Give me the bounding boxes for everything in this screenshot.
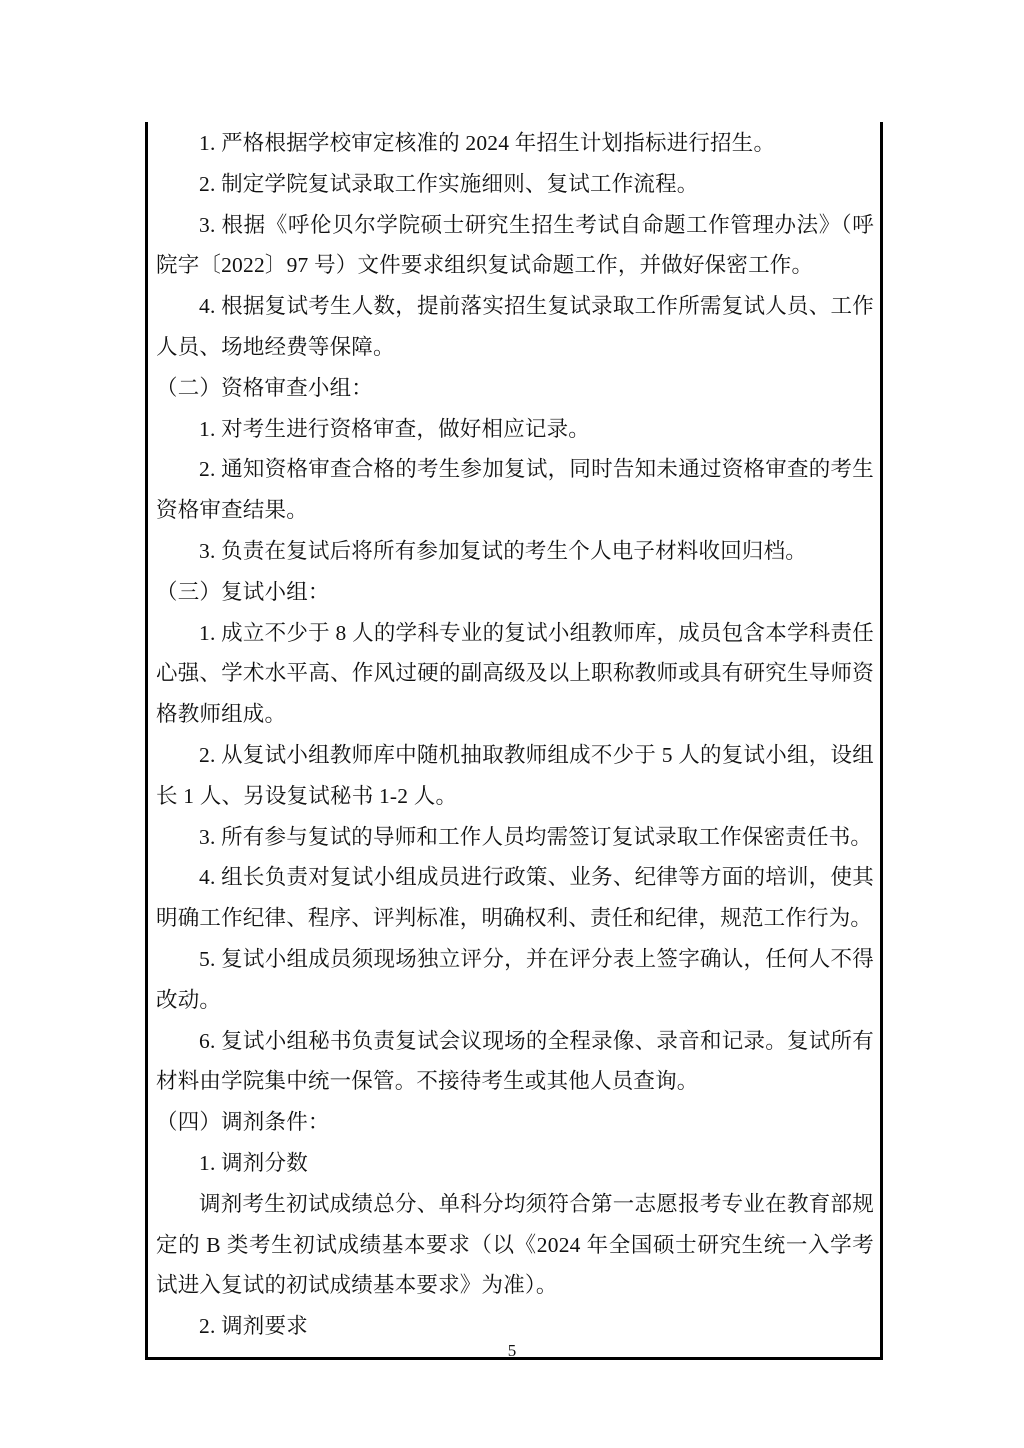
paragraph: 2. 通知资格审查合格的考生参加复试，同时告知未通过资格审查的考生资格审查结果。 xyxy=(156,449,874,531)
paragraph: 3. 根据《呼伦贝尔学院硕士研究生招生考试自命题工作管理办法》（呼院字〔2022… xyxy=(156,205,874,287)
page-number: 5 xyxy=(0,1340,1024,1362)
paragraph: 2. 从复试小组教师库中随机抽取教师组成不少于 5 人的复试小组，设组长 1 人… xyxy=(156,735,874,817)
paragraph: 1. 成立不少于 8 人的学科专业的复试小组教师库，成员包含本学科责任心强、学术… xyxy=(156,613,874,735)
document-page: 1. 严格根据学校审定核准的 2024 年招生计划指标进行招生。 2. 制定学院… xyxy=(0,0,1024,1448)
section-heading: （二）资格审查小组： xyxy=(156,368,874,409)
section-heading: （四）调剂条件： xyxy=(156,1102,874,1143)
paragraph: 1. 调剂分数 xyxy=(156,1143,874,1184)
paragraph: 4. 根据复试考生人数，提前落实招生复试录取工作所需复试人员、工作人员、场地经费… xyxy=(156,286,874,368)
section-heading: （三）复试小组： xyxy=(156,572,874,613)
paragraph: 3. 负责在复试后将所有参加复试的考生个人电子材料收回归档。 xyxy=(156,531,874,572)
paragraph: 3. 所有参与复试的导师和工作人员均需签订复试录取工作保密责任书。 xyxy=(156,817,874,858)
paragraph: 4. 组长负责对复试小组成员进行政策、业务、纪律等方面的培训，使其明确工作纪律、… xyxy=(156,857,874,939)
paragraph: 6. 复试小组秘书负责复试会议现场的全程录像、录音和记录。复试所有材料由学院集中… xyxy=(156,1021,874,1103)
paragraph: 1. 严格根据学校审定核准的 2024 年招生计划指标进行招生。 xyxy=(156,123,874,164)
table-cell-body: 1. 严格根据学校审定核准的 2024 年招生计划指标进行招生。 2. 制定学院… xyxy=(145,122,883,1360)
paragraph: 2. 制定学院复试录取工作实施细则、复试工作流程。 xyxy=(156,164,874,205)
paragraph: 调剂考生初试成绩总分、单科分均须符合第一志愿报考专业在教育部规定的 B 类考生初… xyxy=(156,1184,874,1306)
paragraph: 5. 复试小组成员须现场独立评分，并在评分表上签字确认，任何人不得改动。 xyxy=(156,939,874,1021)
paragraph: 1. 对考生进行资格审查，做好相应记录。 xyxy=(156,409,874,450)
